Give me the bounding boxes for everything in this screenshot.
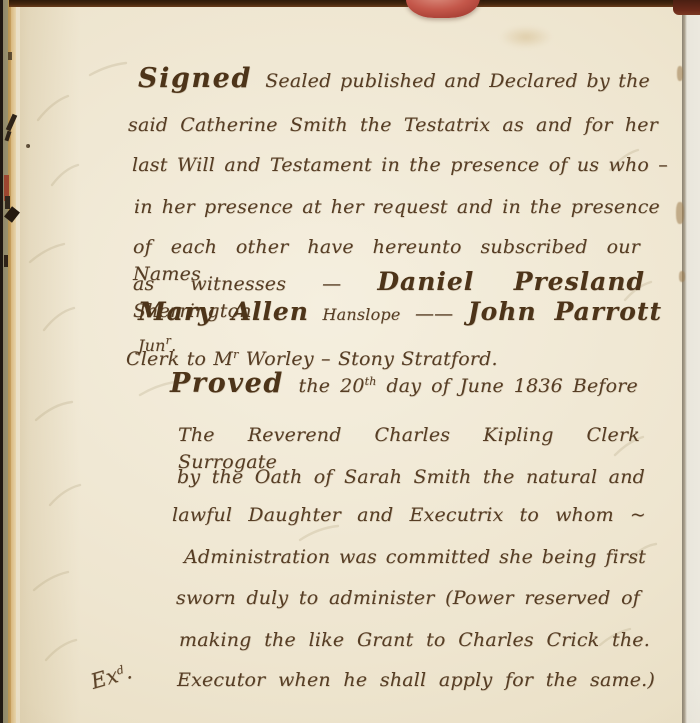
manuscript-line-13: Administration was committed she being f… [184, 544, 646, 571]
text-segment: by the Oath of Sarah Smith the natural a… [177, 466, 645, 488]
manuscript-line-4: in her presence at her request and in th… [134, 194, 660, 221]
photographed-document: Signed Sealed published and Declared by … [0, 0, 700, 723]
book-binding-edge [0, 0, 30, 723]
text-segment: Sealed published and Declared by the [265, 70, 650, 92]
text-segment: last Will and Testament in the presence … [132, 154, 668, 176]
text-segment: Worley – Stony Stratford. [239, 348, 498, 370]
text-segment: Daniel Presland [377, 267, 645, 296]
manuscript-line-1: Signed Sealed published and Declared by … [138, 66, 650, 95]
text-segment: sworn duly to administer (Power reserved… [176, 587, 640, 609]
text-segment: in her presence at her request and in th… [134, 196, 660, 218]
manuscript-line-9: Proved the 20th day of June 1836 Before [170, 369, 638, 400]
text-segment: Hanslope [309, 305, 401, 324]
paper-stain [500, 26, 552, 48]
text-segment: Executor when he shall apply for the sam… [177, 669, 655, 691]
edge-smudge [679, 271, 685, 282]
text-segment: th [365, 375, 377, 388]
manuscript-line-15: making the like Grant to Charles Crick t… [179, 627, 650, 654]
manuscript-line-16: Executor when he shall apply for the sam… [177, 667, 655, 694]
book-corner-dark [673, 0, 700, 15]
text-segment: —— [401, 303, 468, 325]
text-segment: John Parrott [468, 297, 662, 326]
edge-ink-mark [8, 52, 12, 60]
manuscript-line-3: last Will and Testament in the presence … [132, 152, 668, 179]
edge-ink-mark [5, 196, 10, 209]
margin-note-examined: Exd. [87, 650, 153, 696]
book-top-edge [9, 0, 700, 7]
text-segment: Clerk to M [126, 348, 233, 370]
edge-smudge [676, 202, 684, 224]
finger-holding-page [406, 0, 480, 18]
text-segment: Signed [138, 63, 265, 94]
text-segment: lawful Daughter and Executrix to whom ~ [172, 504, 646, 526]
text-segment: the 20 [299, 375, 365, 397]
page-stack-edge [682, 13, 700, 723]
manuscript-line-14: sworn duly to administer (Power reserved… [176, 585, 640, 612]
text-segment: Proved [170, 368, 299, 399]
text-segment: said Catherine Smith the Testatrix as an… [128, 114, 658, 136]
manuscript-line-12: lawful Daughter and Executrix to whom ~ [172, 502, 646, 529]
edge-ink-mark [4, 255, 8, 267]
manuscript-line-11: by the Oath of Sarah Smith the natural a… [177, 464, 645, 491]
text-segment: as witnesses — [133, 273, 377, 295]
text-segment: Mary Allen [138, 297, 309, 326]
edge-smudge [677, 66, 683, 81]
text-segment: day of June 1836 Before [377, 375, 638, 397]
text-segment: Administration was committed she being f… [184, 546, 646, 568]
manuscript-line-2: said Catherine Smith the Testatrix as an… [128, 112, 658, 139]
text-segment: making the like Grant to Charles Crick t… [179, 629, 650, 651]
